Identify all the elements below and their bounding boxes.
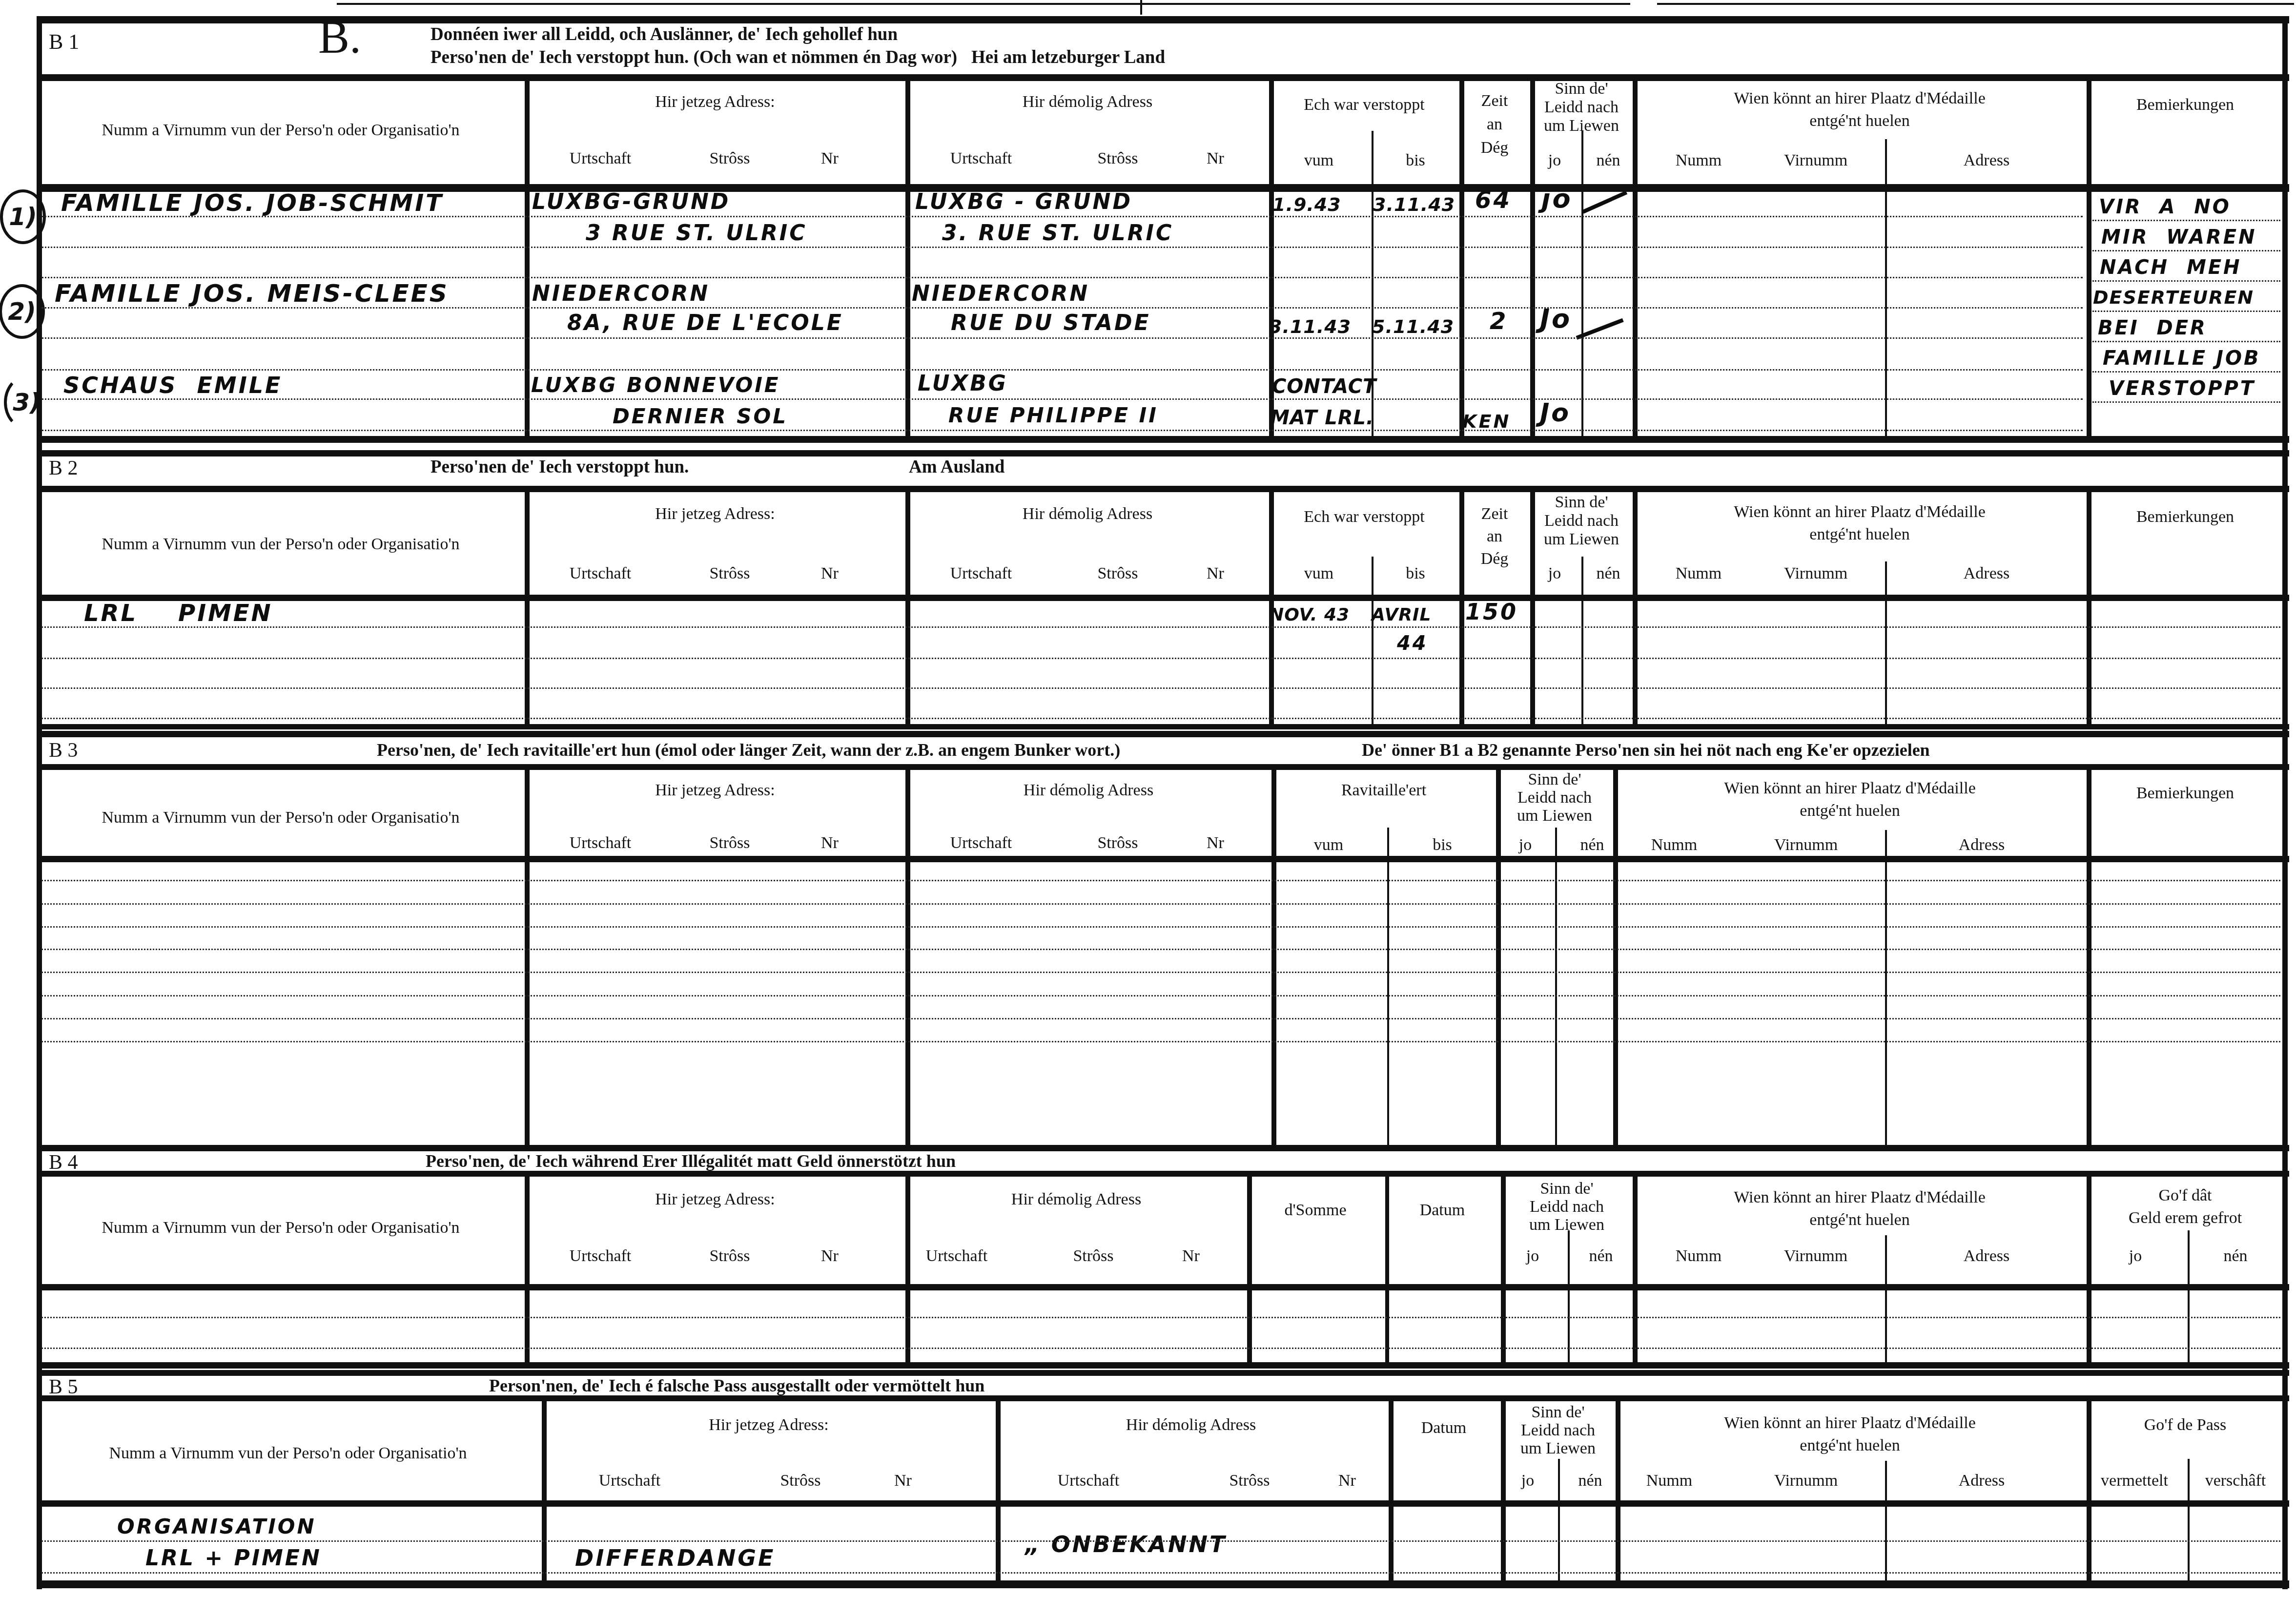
col-header-stross: Strôss <box>1097 835 1138 851</box>
rule-horizontal <box>37 184 2289 192</box>
rule-vertical <box>1269 78 1274 439</box>
col-header-virnumm: Virnumm <box>1784 565 1847 582</box>
col-header-virnumm: Virnumm <box>1784 152 1847 169</box>
col-header-verstoppt: Ech war verstoppt <box>1304 509 1424 525</box>
rule-vertical <box>542 1399 547 1584</box>
col-header-stross: Strôss <box>709 565 750 582</box>
scanned-form-page: B 1 B. Donnéen iwer all Leidd, och Auslä… <box>0 0 2296 1598</box>
col-header-stross: Strôss <box>709 1248 750 1265</box>
rule-vertical <box>905 768 910 1148</box>
col-header-zeit: an <box>1487 116 1502 133</box>
rule-horizontal <box>37 1395 2289 1401</box>
col-header-sinn: Leidd nach <box>1521 1422 1595 1439</box>
col-header-bis: bis <box>1406 152 1425 169</box>
col-header-numm: Numm <box>1676 565 1722 582</box>
rule-horizontal <box>37 16 2289 23</box>
col-header-nen: nén <box>1580 837 1604 853</box>
rule-horizontal <box>37 595 2289 601</box>
col-header-name: Numm a Virnumm vun der Perso'n oder Orga… <box>109 1445 467 1462</box>
col-header-demolig: Hir démolig Adress <box>1023 94 1152 110</box>
col-header-medal: Wien könnt an hirer Plaatz d'Médaille <box>1734 90 1986 107</box>
col-header-sinn: Leidd nach <box>1517 789 1592 806</box>
guide-line <box>41 1572 2280 1574</box>
rule-vertical <box>37 16 42 1589</box>
col-header-bemierkungen: Bemierkungen <box>2136 785 2234 802</box>
col-header-stross: Strôss <box>1229 1473 1270 1489</box>
col-header-sinn: um Liewen <box>1529 1217 1604 1233</box>
guide-line <box>41 903 2280 905</box>
rule-vertical <box>1633 1174 1638 1365</box>
b1-row2-vum: 3.11.43 <box>1269 317 1351 336</box>
rule-vertical <box>2087 768 2091 1148</box>
col-header-stross: Strôss <box>709 835 750 851</box>
rule-vertical <box>905 1174 910 1365</box>
rule-horizontal <box>37 1580 2289 1588</box>
col-header-urtschaft: Urtschaft <box>570 565 632 582</box>
b1-row2-name: FAMILLE JOS. MEIS-CLEES <box>55 281 449 306</box>
section-b3-id: B 3 <box>49 740 78 761</box>
b1-row1-demolig-street: 3. RUE ST. ULRIC <box>942 223 1173 244</box>
rule-horizontal <box>37 450 2289 457</box>
col-header-medal: entgé'nt huelen <box>1809 113 1909 129</box>
col-header-urtschaft: Urtschaft <box>1058 1473 1120 1489</box>
rule-vertical <box>2188 1459 2190 1583</box>
rule-vertical <box>1616 1399 1620 1584</box>
b2-row-vum: NOV. 43 <box>1269 606 1350 624</box>
rule-vertical <box>1387 828 1389 1147</box>
rule-vertical <box>1885 1461 1887 1583</box>
b1-row2-jetzeg-city: NIEDERCORN <box>532 283 710 305</box>
b1-bem-line: MIR WAREN <box>2101 228 2257 247</box>
rule-vertical <box>2087 489 2091 727</box>
b1-row2-jetzeg-street: 8A, RUE DE L'ECOLE <box>567 312 843 334</box>
col-header-zeit: an <box>1487 528 1502 545</box>
col-header-zeit: Zeit <box>1481 506 1508 522</box>
guide-line <box>41 337 2083 339</box>
col-header-adress: Adress <box>1964 152 2009 169</box>
b1-row1-jetzeg-street: 3 RUE ST. ULRIC <box>586 223 807 244</box>
col-header-medal: Wien könnt an hirer Plaatz d'Médaille <box>1724 780 1976 797</box>
guide-line <box>2092 280 2280 282</box>
col-header-vum: vum <box>1304 152 1333 169</box>
col-header-sinn: um Liewen <box>1517 808 1592 824</box>
b1-bem-line: VERSTOPPT <box>2109 379 2255 398</box>
col-header-name: Numm a Virnumm vun der Perso'n oder Orga… <box>102 1220 459 1236</box>
col-header-jetzeg: Hir jetzeg Adress: <box>655 506 775 522</box>
guide-line <box>2092 371 2280 373</box>
col-header-demolig: Hir démolig Adress <box>1024 782 1153 799</box>
guide-line <box>41 1348 2280 1349</box>
col-header-nr: Nr <box>821 1248 839 1265</box>
b5-row-jetzeg: DIFFERDANGE <box>575 1547 775 1569</box>
margin-number-3: 3) <box>4 375 50 430</box>
col-header-demolig: Hir démolig Adress <box>1126 1417 1256 1433</box>
col-header-zeit: Zeit <box>1481 93 1508 109</box>
col-header-stross: Strôss <box>709 150 750 167</box>
rule-horizontal <box>37 74 2289 81</box>
guide-line <box>41 247 2083 248</box>
col-header-jo: jo <box>1519 837 1532 853</box>
b2-row-bis-year: 44 <box>1397 634 1428 653</box>
col-header-vum: vum <box>1314 837 1343 853</box>
col-header-ravitailleert: Ravitaille'ert <box>1341 782 1426 799</box>
col-header-name: Numm a Virnumm vun der Perso'n oder Orga… <box>102 809 459 826</box>
b3-title-part1: Perso'nen, de' Iech ravitaille'ert hun (… <box>377 741 1120 759</box>
slash-mark <box>1582 190 1627 213</box>
rule-vertical <box>1501 1174 1506 1365</box>
b1-row3-zeit: KEN <box>1462 412 1511 431</box>
rule-vertical <box>1459 78 1464 439</box>
col-header-jetzeg: Hir jetzeg Adress: <box>655 94 775 110</box>
col-header-nr: Nr <box>821 835 839 851</box>
col-header-datum: Datum <box>1421 1420 1467 1436</box>
rule-horizontal <box>37 436 2289 443</box>
col-header-jo: jo <box>1548 565 1561 582</box>
guide-line <box>2092 250 2280 251</box>
guide-line <box>41 880 2280 881</box>
b1-row3-bis: MAT LRL. <box>1270 408 1374 428</box>
col-header-numm: Numm <box>1646 1473 1692 1489</box>
b1-title-line1: Donnéen iwer all Leidd, och Auslänner, d… <box>430 25 898 43</box>
col-header-nen: nén <box>1596 152 1620 169</box>
col-header-urtschaft: Urtschaft <box>950 150 1012 167</box>
b1-bem-line: FAMILLE JOB <box>2103 349 2260 368</box>
rule-horizontal <box>37 1500 2289 1507</box>
guide-line <box>41 398 2083 400</box>
guide-line <box>41 626 2280 628</box>
section-b4-id: B 4 <box>49 1152 78 1173</box>
rule-horizontal <box>37 731 2289 737</box>
col-header-sinn: um Liewen <box>1520 1440 1596 1457</box>
rule-horizontal <box>37 764 2289 770</box>
col-header-nr: Nr <box>894 1473 912 1489</box>
col-header-medal: entgé'nt huelen <box>1809 1212 1909 1228</box>
rule-vertical <box>525 1174 530 1365</box>
col-header-medal: Wien könnt an hirer Plaatz d'Médaille <box>1724 1415 1976 1432</box>
col-header-sinn: Sinn de' <box>1531 1404 1584 1421</box>
guide-line <box>41 369 2083 371</box>
rule-vertical <box>1271 768 1276 1148</box>
b5-row-name-line2: LRL + PIMEN <box>145 1548 322 1569</box>
col-header-adress: Adress <box>1959 837 2005 853</box>
b1-row1-vum: 1.9.43 <box>1272 195 1341 214</box>
col-header-bemierkungen: Bemierkungen <box>2136 509 2234 525</box>
col-header-datum: Datum <box>1420 1202 1465 1219</box>
col-header-vum: vum <box>1304 565 1333 582</box>
rule-vertical <box>2188 1230 2190 1365</box>
section-b5-id: B 5 <box>49 1377 78 1397</box>
rule-horizontal <box>1657 3 2294 5</box>
col-header-jetzeg: Hir jetzeg Adress: <box>655 782 775 799</box>
col-header-urtschaft: Urtschaft <box>570 150 632 167</box>
col-header-numm: Numm <box>1651 837 1697 853</box>
col-header-nr: Nr <box>1182 1248 1200 1265</box>
rule-horizontal <box>37 1284 2289 1290</box>
rule-vertical <box>525 489 530 727</box>
col-header-demolig: Hir démolig Adress <box>1011 1191 1141 1208</box>
col-header-nen: nén <box>1578 1473 1602 1489</box>
b1-row1-name: FAMILLE JOS. JOB-SCHMIT <box>61 191 444 215</box>
col-header-gof-geld: Go'f dât <box>2158 1187 2212 1204</box>
col-header-zeit: Dég <box>1481 551 1509 567</box>
rule-vertical <box>1501 1399 1506 1584</box>
col-header-adress: Adress <box>1964 565 2009 582</box>
col-header-jo: jo <box>2129 1248 2142 1265</box>
col-header-urtschaft: Urtschaft <box>926 1248 988 1265</box>
rule-vertical <box>1885 1235 1887 1365</box>
rule-vertical <box>1558 1459 1560 1583</box>
col-header-bis: bis <box>1406 565 1425 582</box>
rule-vertical <box>1555 828 1557 1147</box>
rule-vertical <box>1581 131 1583 438</box>
rule-horizontal <box>37 1145 2289 1151</box>
col-header-numm: Numm <box>1676 152 1722 169</box>
col-header-virnumm: Virnumm <box>1774 1473 1838 1489</box>
col-header-bemierkungen: Bemierkungen <box>2136 97 2234 113</box>
col-header-urtschaft: Urtschaft <box>570 1248 632 1265</box>
guide-line <box>41 216 2083 217</box>
rule-vertical <box>525 768 530 1148</box>
rule-vertical <box>1385 1174 1389 1365</box>
b1-row3-jetzeg-street: DERNIER SOL <box>613 406 788 427</box>
guide-line <box>41 1317 2280 1318</box>
rule-vertical <box>1530 78 1535 439</box>
b1-bem-line: DESERTEUREN <box>2093 288 2254 307</box>
col-header-stross: Strôss <box>1097 150 1138 167</box>
b2-row-bis: AVRIL <box>1372 606 1431 624</box>
col-header-jo: jo <box>1521 1473 1534 1489</box>
rule-vertical <box>1269 489 1274 727</box>
b1-row2-demolig-street: RUE DU STADE <box>951 312 1150 334</box>
col-header-adress: Adress <box>1959 1473 2005 1489</box>
col-header-sinn: Leidd nach <box>1530 1199 1604 1215</box>
col-header-nr: Nr <box>1338 1473 1356 1489</box>
guide-line <box>41 687 2280 689</box>
col-header-urtschaft: Urtschaft <box>950 835 1012 851</box>
col-header-medal: entgé'nt huelen <box>1809 526 1909 543</box>
col-header-urtschaft: Urtschaft <box>570 835 632 851</box>
rule-vertical <box>905 489 910 727</box>
guide-line <box>41 1041 2280 1042</box>
rule-vertical <box>2087 1174 2091 1365</box>
section-b2-id: B 2 <box>49 458 78 478</box>
rule-vertical <box>1459 489 1464 727</box>
b5-row-demolig: „ ONBEKANNT <box>1025 1533 1227 1556</box>
rule-vertical <box>2087 78 2091 439</box>
col-header-nr: Nr <box>1207 150 1224 167</box>
b5-title: Person'nen, de' Iech é falsche Pass ausg… <box>489 1377 984 1394</box>
b1-row1-jetzeg-city: LUXBG-GRUND <box>532 191 730 213</box>
col-header-virnumm: Virnumm <box>1784 1248 1847 1265</box>
rule-vertical <box>1885 830 1887 1147</box>
b5-row-name-line1: ORGANISATION <box>117 1516 316 1537</box>
col-header-nen: nén <box>2223 1248 2247 1265</box>
col-header-numm: Numm <box>1676 1248 1722 1265</box>
guide-line <box>41 972 2280 973</box>
rule-horizontal <box>37 856 2289 862</box>
col-header-nr: Nr <box>821 565 839 582</box>
b2-row-zeit: 150 <box>1465 601 1518 623</box>
col-header-demolig: Hir démolig Adress <box>1023 506 1152 522</box>
col-header-dsomme: d'Somme <box>1284 1202 1346 1219</box>
rule-vertical <box>1885 139 1887 438</box>
b1-bem-line: VIR A NO <box>2099 197 2231 217</box>
col-header-sinn: Sinn de' <box>1555 81 1608 97</box>
b2-row-name: LRL PIMEN <box>84 602 273 625</box>
col-header-urtschaft: Urtschaft <box>950 565 1012 582</box>
rule-vertical <box>1247 1174 1252 1365</box>
col-header-urtschaft: Urtschaft <box>599 1473 661 1489</box>
guide-line <box>2092 311 2280 312</box>
guide-line <box>2092 220 2280 221</box>
rule-vertical <box>1885 561 1887 726</box>
rule-horizontal <box>337 3 1630 5</box>
col-header-medal: Wien könnt an hirer Plaatz d'Médaille <box>1734 1189 1986 1206</box>
guide-line <box>41 307 2083 309</box>
rule-vertical <box>1581 557 1583 726</box>
rule-vertical <box>905 78 910 439</box>
b1-row2-jo: Jo <box>1540 306 1572 332</box>
b4-title: Perso'nen, de' Iech während Erer Illégal… <box>426 1152 956 1170</box>
col-header-sinn: Sinn de' <box>1555 494 1608 511</box>
b1-row1-demolig-city: LUXBG - GRUND <box>915 191 1132 213</box>
col-header-sinn: Sinn de' <box>1528 771 1581 788</box>
col-header-bis: bis <box>1433 837 1452 853</box>
col-header-medal: entgé'nt huelen <box>1800 1437 1900 1454</box>
col-header-nr: Nr <box>1207 565 1224 582</box>
b1-row2-demolig-city: NIEDERCORN <box>912 283 1089 305</box>
b1-row3-demolig-city: LUXBG <box>918 373 1008 394</box>
guide-line <box>2092 341 2280 342</box>
col-header-nen: nén <box>1596 565 1620 582</box>
col-header-name: Numm a Virnumm vun der Perso'n oder Orga… <box>102 536 459 553</box>
b1-row3-jo: Jo <box>1540 400 1571 426</box>
col-header-sinn: um Liewen <box>1544 531 1619 548</box>
b1-title-line2: Perso'nen de' Iech verstoppt hun. (Och w… <box>430 48 957 66</box>
col-header-zeit: Dég <box>1481 140 1509 156</box>
rule-vertical <box>525 78 530 439</box>
b1-row3-jetzeg-city: LUXBG BONNEVOIE <box>531 375 780 395</box>
col-header-medal: Wien könnt an hirer Plaatz d'Médaille <box>1734 504 1986 520</box>
b1-title-line2-bold: Hei am letzeburger Land <box>971 48 1165 66</box>
col-header-verschaeft: verschâft <box>2205 1473 2266 1489</box>
guide-line <box>2092 401 2280 403</box>
b1-row1-bis: 3.11.43 <box>1373 195 1455 214</box>
rule-vertical <box>1633 78 1638 439</box>
col-header-jo: jo <box>1526 1248 1539 1265</box>
col-header-name: Numm a Virnumm vun der Perso'n oder Orga… <box>102 122 459 139</box>
rule-vertical <box>2087 1399 2091 1584</box>
rule-horizontal <box>37 1171 2289 1177</box>
col-header-verstoppt: Ech war verstoppt <box>1304 97 1424 113</box>
section-b1-id: B 1 <box>49 31 79 53</box>
rule-vertical <box>2282 16 2288 1589</box>
guide-line <box>41 1540 2280 1542</box>
col-header-sinn: Sinn de' <box>1540 1181 1593 1197</box>
col-header-jetzeg: Hir jetzeg Adress: <box>655 1191 775 1208</box>
b1-row3-demolig-street: RUE PHILIPPE II <box>948 405 1158 426</box>
col-header-nr: Nr <box>821 150 839 167</box>
guide-line <box>41 1018 2280 1019</box>
rule-vertical <box>1140 0 1142 15</box>
col-header-jetzeg: Hir jetzeg Adress: <box>709 1417 829 1433</box>
rule-horizontal <box>37 486 2289 492</box>
rule-vertical <box>1568 1230 1570 1365</box>
b3-title-part2: De' önner B1 a B2 genannte Perso'nen sin… <box>1362 741 1930 759</box>
b1-row1-zeit: 64 <box>1475 188 1512 212</box>
col-header-sinn: Leidd nach <box>1544 513 1619 529</box>
col-header-sinn: Leidd nach <box>1544 99 1619 116</box>
guide-line <box>41 995 2280 996</box>
guide-line <box>41 949 2280 950</box>
rule-vertical <box>1613 768 1618 1148</box>
rule-vertical <box>1530 489 1535 727</box>
col-header-gof-pass: Go'f de Pass <box>2144 1417 2227 1433</box>
rule-vertical <box>1372 557 1373 726</box>
col-header-virnumm: Virnumm <box>1774 837 1838 853</box>
col-header-medal: entgé'nt huelen <box>1800 803 1900 819</box>
guide-line <box>41 926 2280 928</box>
b1-row2-bis: 5.11.43 <box>1372 317 1454 336</box>
b1-row3-name: SCHAUS EMILE <box>63 374 282 396</box>
rule-vertical <box>1372 131 1373 438</box>
rule-horizontal <box>37 1370 2289 1376</box>
rule-vertical <box>1633 489 1638 727</box>
col-header-nen: nén <box>1589 1248 1613 1265</box>
col-header-nr: Nr <box>1207 835 1224 851</box>
col-header-vermettelt: vermettelt <box>2101 1473 2168 1489</box>
rule-vertical <box>1389 1399 1394 1584</box>
rule-horizontal <box>37 724 2289 729</box>
b1-row2-zeit: 2 <box>1490 310 1508 333</box>
b1-bem-line: NACH MEH <box>2100 258 2242 277</box>
rule-horizontal <box>37 1362 2289 1369</box>
b2-title: Perso'nen de' Iech verstoppt hun. <box>430 458 689 476</box>
b2-subtitle: Am Ausland <box>909 458 1004 476</box>
col-header-stross: Strôss <box>1097 565 1138 582</box>
col-header-stross: Strôss <box>780 1473 820 1489</box>
guide-line <box>41 430 2083 431</box>
b1-bem-line: BEI DER <box>2098 318 2207 338</box>
guide-line <box>41 658 2280 659</box>
rule-vertical <box>1496 768 1501 1148</box>
guide-line <box>41 277 2083 278</box>
col-header-stross: Strôss <box>1073 1248 1113 1265</box>
b1-row3-vum: CONTACT <box>1272 377 1376 396</box>
col-header-gof-geld: Geld erem gefrot <box>2129 1210 2242 1226</box>
col-header-adress: Adress <box>1964 1248 2009 1265</box>
rule-vertical <box>996 1399 1001 1584</box>
col-header-jo: jo <box>1548 152 1561 169</box>
guide-line <box>41 718 2280 719</box>
